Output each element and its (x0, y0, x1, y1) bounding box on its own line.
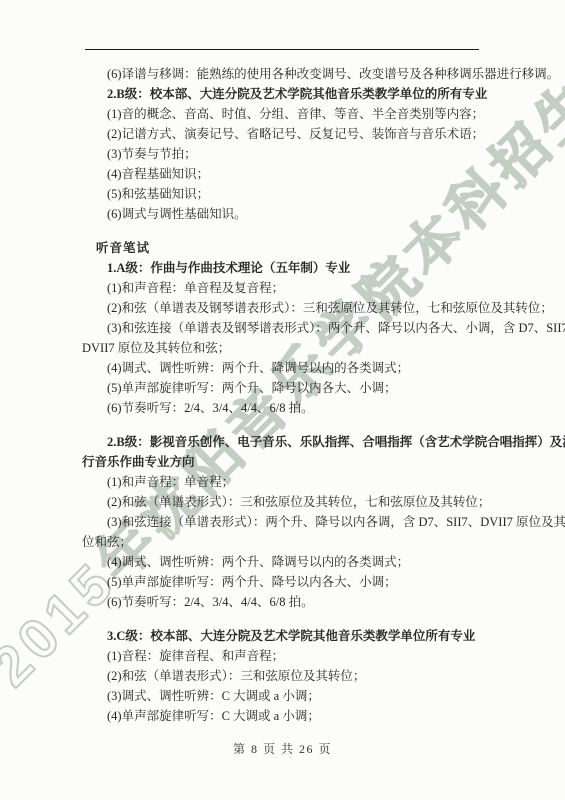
text-line: (2)记谱方式、演奏记号、省略记号、反复记号、装饰音与音乐术语； (82, 124, 484, 144)
text-line: 1.A级：作曲与作曲技术理论（五年制）专业 (82, 258, 484, 278)
blank-line (82, 224, 484, 238)
text-line: (6)节奏听写：2/4、3/4、4/4、6/8 拍。 (82, 592, 484, 612)
document-body: (6)译谱与移调：能熟练的使用各种改变调号、改变谱号及各种移调乐器进行移调。2.… (82, 64, 484, 726)
text-line: 2.B级：校本部、大连分院及艺术学院其他音乐类教学单位的所有专业 (82, 84, 484, 104)
text-line: (6)节奏听写：2/4、3/4、4/4、6/8 拍。 (82, 398, 484, 418)
text-line: DVII7 原位及其转位和弦； (82, 338, 484, 358)
text-line: (2)和弦（单谱表形式）：三和弦原位及其转位，七和弦原位及其转位； (82, 492, 484, 512)
text-line: 听音笔试 (82, 238, 484, 258)
text-line: (3)和弦连接（单谱表形式）：两个升、降号以内各调，含 D7、SII7、DVII… (82, 512, 484, 532)
page-number-footer: 第 8 页 共 26 页 (0, 740, 565, 757)
text-line: 行音乐作曲专业方向 (82, 452, 484, 472)
text-line: (6)译谱与移调：能熟练的使用各种改变调号、改变谱号及各种移调乐器进行移调。 (82, 64, 484, 84)
text-line: (4)音程基础知识； (82, 164, 484, 184)
text-line: (4)调式、调性听辨：两个升、降调号以内的各类调式； (82, 552, 484, 572)
text-line: (5)单声部旋律听写：两个升、降号以内各大、小调； (82, 378, 484, 398)
text-line: (5)和弦基础知识； (82, 184, 484, 204)
text-line: (1)音程：旋律音程、和声音程； (82, 646, 484, 666)
document-page: 2015年沈阳音乐学院本科招生简章 (6)译谱与移调：能熟练的使用各种改变调号、… (0, 0, 565, 800)
text-line: 位和弦； (82, 532, 484, 552)
text-line: (4)调式、调性听辨：两个升、降调号以内的各类调式； (82, 358, 484, 378)
blank-line (82, 612, 484, 626)
text-line: (1)音的概念、音高、时值、分组、音律、等音、半全音类别等内容； (82, 104, 484, 124)
text-line: (1)和声音程：单音程； (82, 472, 484, 492)
text-line: (3)节奏与节拍； (82, 144, 484, 164)
text-line: (5)单声部旋律听写：两个升、降号以内各大、小调； (82, 572, 484, 592)
text-line: 3.C级：校本部、大连分院及艺术学院其他音乐类教学单位所有专业 (82, 626, 484, 646)
text-line: (3)和弦连接（单谱表及钢琴谱表形式）：两个升、降号以内各大、小调，含 D7、S… (82, 318, 484, 338)
text-line: (3)调式、调性听辨：C 大调或 a 小调； (82, 686, 484, 706)
text-line: (6)调式与调性基础知识。 (82, 204, 484, 224)
text-line: (2)和弦（单谱表及钢琴谱表形式）：三和弦原位及其转位，七和弦原位及其转位； (82, 298, 484, 318)
text-line: (4)单声部旋律听写：C 大调或 a 小调； (82, 706, 484, 726)
header-rule (85, 49, 479, 50)
text-line: 2.B级：影视音乐创作、电子音乐、乐队指挥、合唱指挥（含艺术学院合唱指挥）及流 (82, 432, 484, 452)
blank-line (82, 418, 484, 432)
text-line: (1)和声音程：单音程及复音程； (82, 278, 484, 298)
text-line: (2)和弦（单谱表形式）：三和弦原位及其转位； (82, 666, 484, 686)
